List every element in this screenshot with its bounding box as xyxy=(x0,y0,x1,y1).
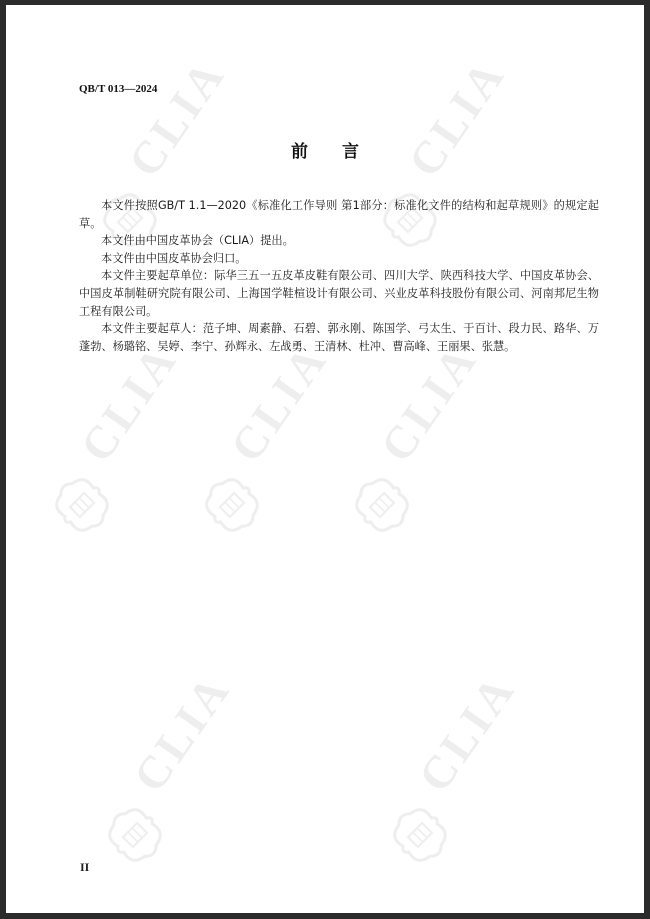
document-page: CLIACLIACLIACLIACLIACLIACLIA QB/T 013—20… xyxy=(6,5,644,913)
paragraph-centralized-by: 本文件由中国皮革协会归口。 xyxy=(79,250,599,268)
clia-watermark: CLIA xyxy=(52,335,252,535)
leather-logo-icon xyxy=(202,470,267,535)
paragraph-drafting-units: 本文件主要起草单位：际华三五一五皮革皮鞋有限公司、四川大学、陕西科技大学、中国皮… xyxy=(79,267,599,320)
page-number: II xyxy=(80,860,89,875)
svg-text:CLIA: CLIA xyxy=(220,335,337,471)
svg-text:CLIA: CLIA xyxy=(123,665,240,801)
paragraph-drafting-rules: 本文件按照GB/T 1.1—2020《标准化工作导则 第1部分：标准化文件的结构… xyxy=(79,197,599,232)
leather-logo-icon xyxy=(52,470,117,535)
leather-logo-icon xyxy=(105,800,170,865)
leather-logo-icon xyxy=(390,800,455,865)
paragraph-proposed-by: 本文件由中国皮革协会（CLIA）提出。 xyxy=(79,232,599,250)
svg-text:CLIA: CLIA xyxy=(398,50,515,186)
clia-watermark: CLIA xyxy=(390,665,590,865)
paragraph-drafters: 本文件主要起草人：范子坤、周素静、石碧、郭永刚、陈国学、弓太生、于百计、段力民、… xyxy=(79,320,599,355)
svg-text:CLIA: CLIA xyxy=(370,335,487,471)
clia-watermark: CLIA xyxy=(105,665,305,865)
page-title: 前言 xyxy=(6,137,644,162)
svg-text:CLIA: CLIA xyxy=(408,665,525,801)
clia-watermark: CLIA xyxy=(352,335,552,535)
leather-logo-icon xyxy=(352,470,417,535)
clia-watermark: CLIA xyxy=(202,335,402,535)
svg-text:CLIA: CLIA xyxy=(70,335,187,471)
title-char-2: 言 xyxy=(342,137,359,162)
svg-text:CLIA: CLIA xyxy=(118,50,235,186)
title-char-1: 前 xyxy=(291,137,308,162)
standard-code: QB/T 013—2024 xyxy=(79,83,157,95)
foreword-body: 本文件按照GB/T 1.1—2020《标准化工作导则 第1部分：标准化文件的结构… xyxy=(79,197,599,355)
